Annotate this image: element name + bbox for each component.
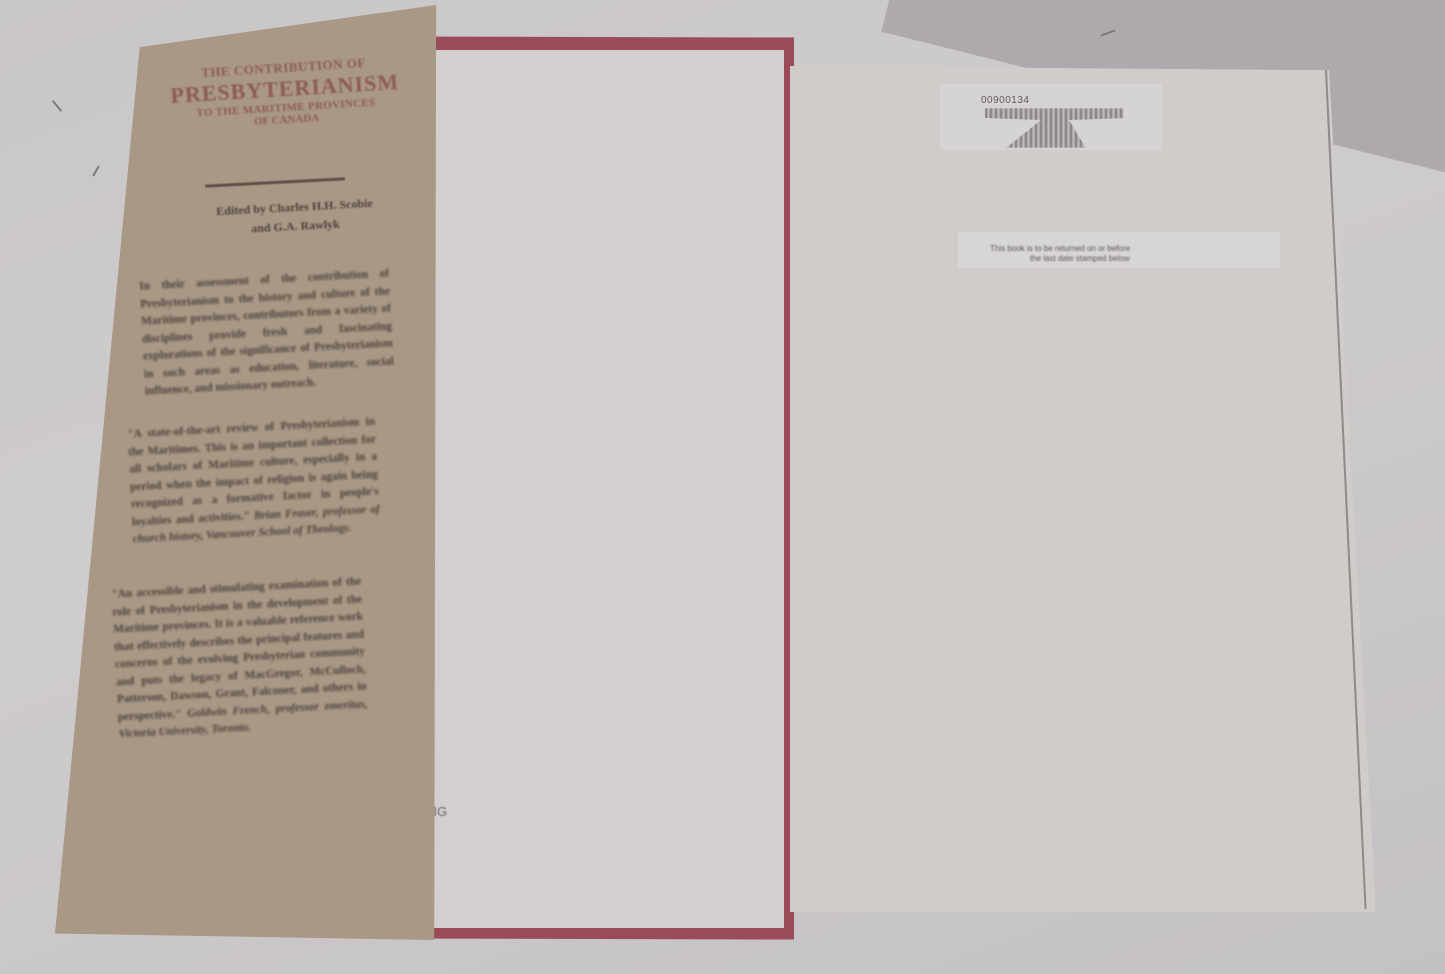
barcode-number: 00900134: [981, 95, 1030, 106]
review-quote-2: "An accessible and stimulating examinati…: [111, 574, 369, 744]
blurb-paragraph: In their assessment of the contribution …: [139, 266, 395, 401]
surface-mark: [52, 100, 63, 112]
right-flyleaf: [790, 66, 1376, 912]
due-date-text: This book is to be returned on or before…: [990, 244, 1230, 264]
due-date-line-2: the last date stamped below: [990, 254, 1230, 264]
surface-mark: [92, 165, 100, 176]
due-date-line-1: This book is to be returned on or before: [990, 244, 1230, 254]
review-quote-1: "A state-of-the-art review of Presbyteri…: [127, 414, 381, 549]
